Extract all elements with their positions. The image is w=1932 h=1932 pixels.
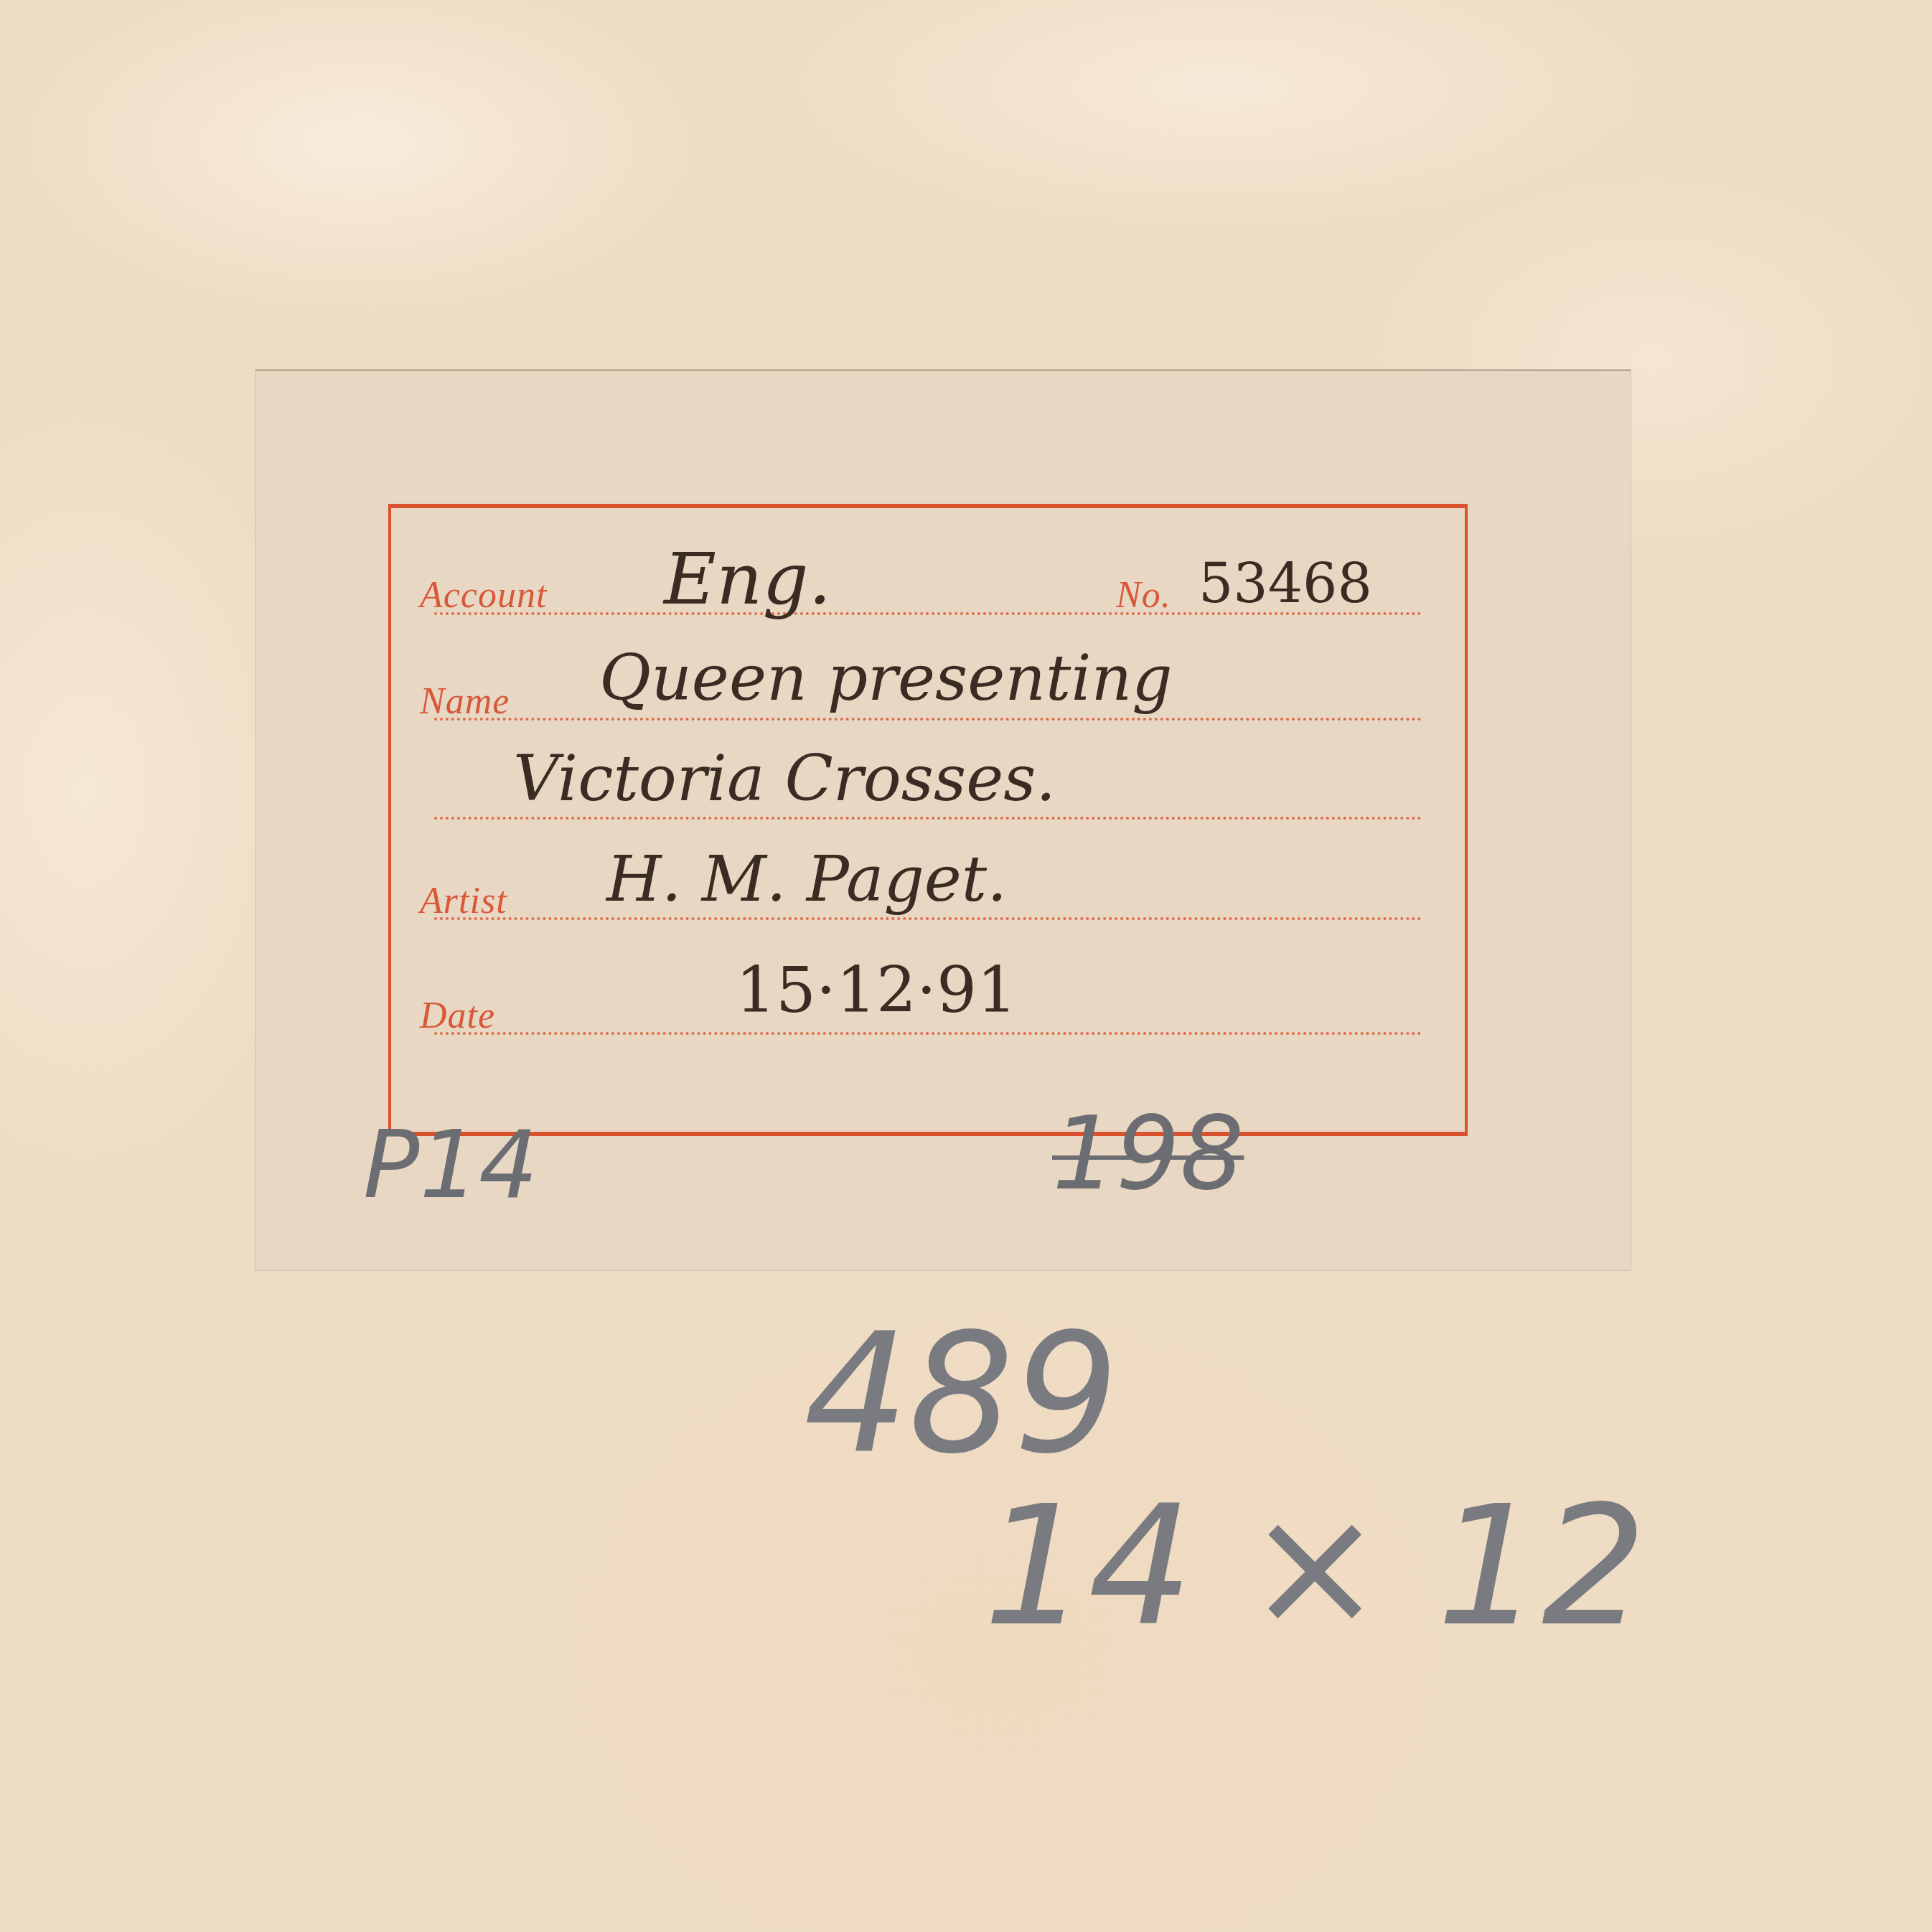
- red-bordered-frame: Account Eng. No. 53468 Name Queen presen…: [388, 504, 1468, 1136]
- pencil-mark-p14: P14: [363, 1110, 538, 1219]
- date-value: 15·12·91: [736, 953, 1017, 1027]
- number-label: No.: [1116, 574, 1171, 616]
- number-value: 53468: [1199, 551, 1372, 615]
- account-value: Eng.: [664, 537, 831, 621]
- pencil-dimensions: 14 × 12: [983, 1471, 1646, 1663]
- artist-value: H. M. Paget.: [606, 842, 1007, 916]
- pencil-struck-number: 198: [1052, 1096, 1244, 1213]
- name-value-line-2: Victoria Crosses.: [513, 741, 1056, 815]
- date-label: Date: [420, 995, 495, 1037]
- account-label: Account: [420, 574, 547, 616]
- name-value-line-1: Queen presenting: [599, 641, 1173, 715]
- name-label: Name: [420, 680, 510, 723]
- pencil-number-489: 489: [804, 1299, 1119, 1491]
- artist-label: Artist: [420, 880, 507, 922]
- archive-label-card: Account Eng. No. 53468 Name Queen presen…: [255, 370, 1631, 1270]
